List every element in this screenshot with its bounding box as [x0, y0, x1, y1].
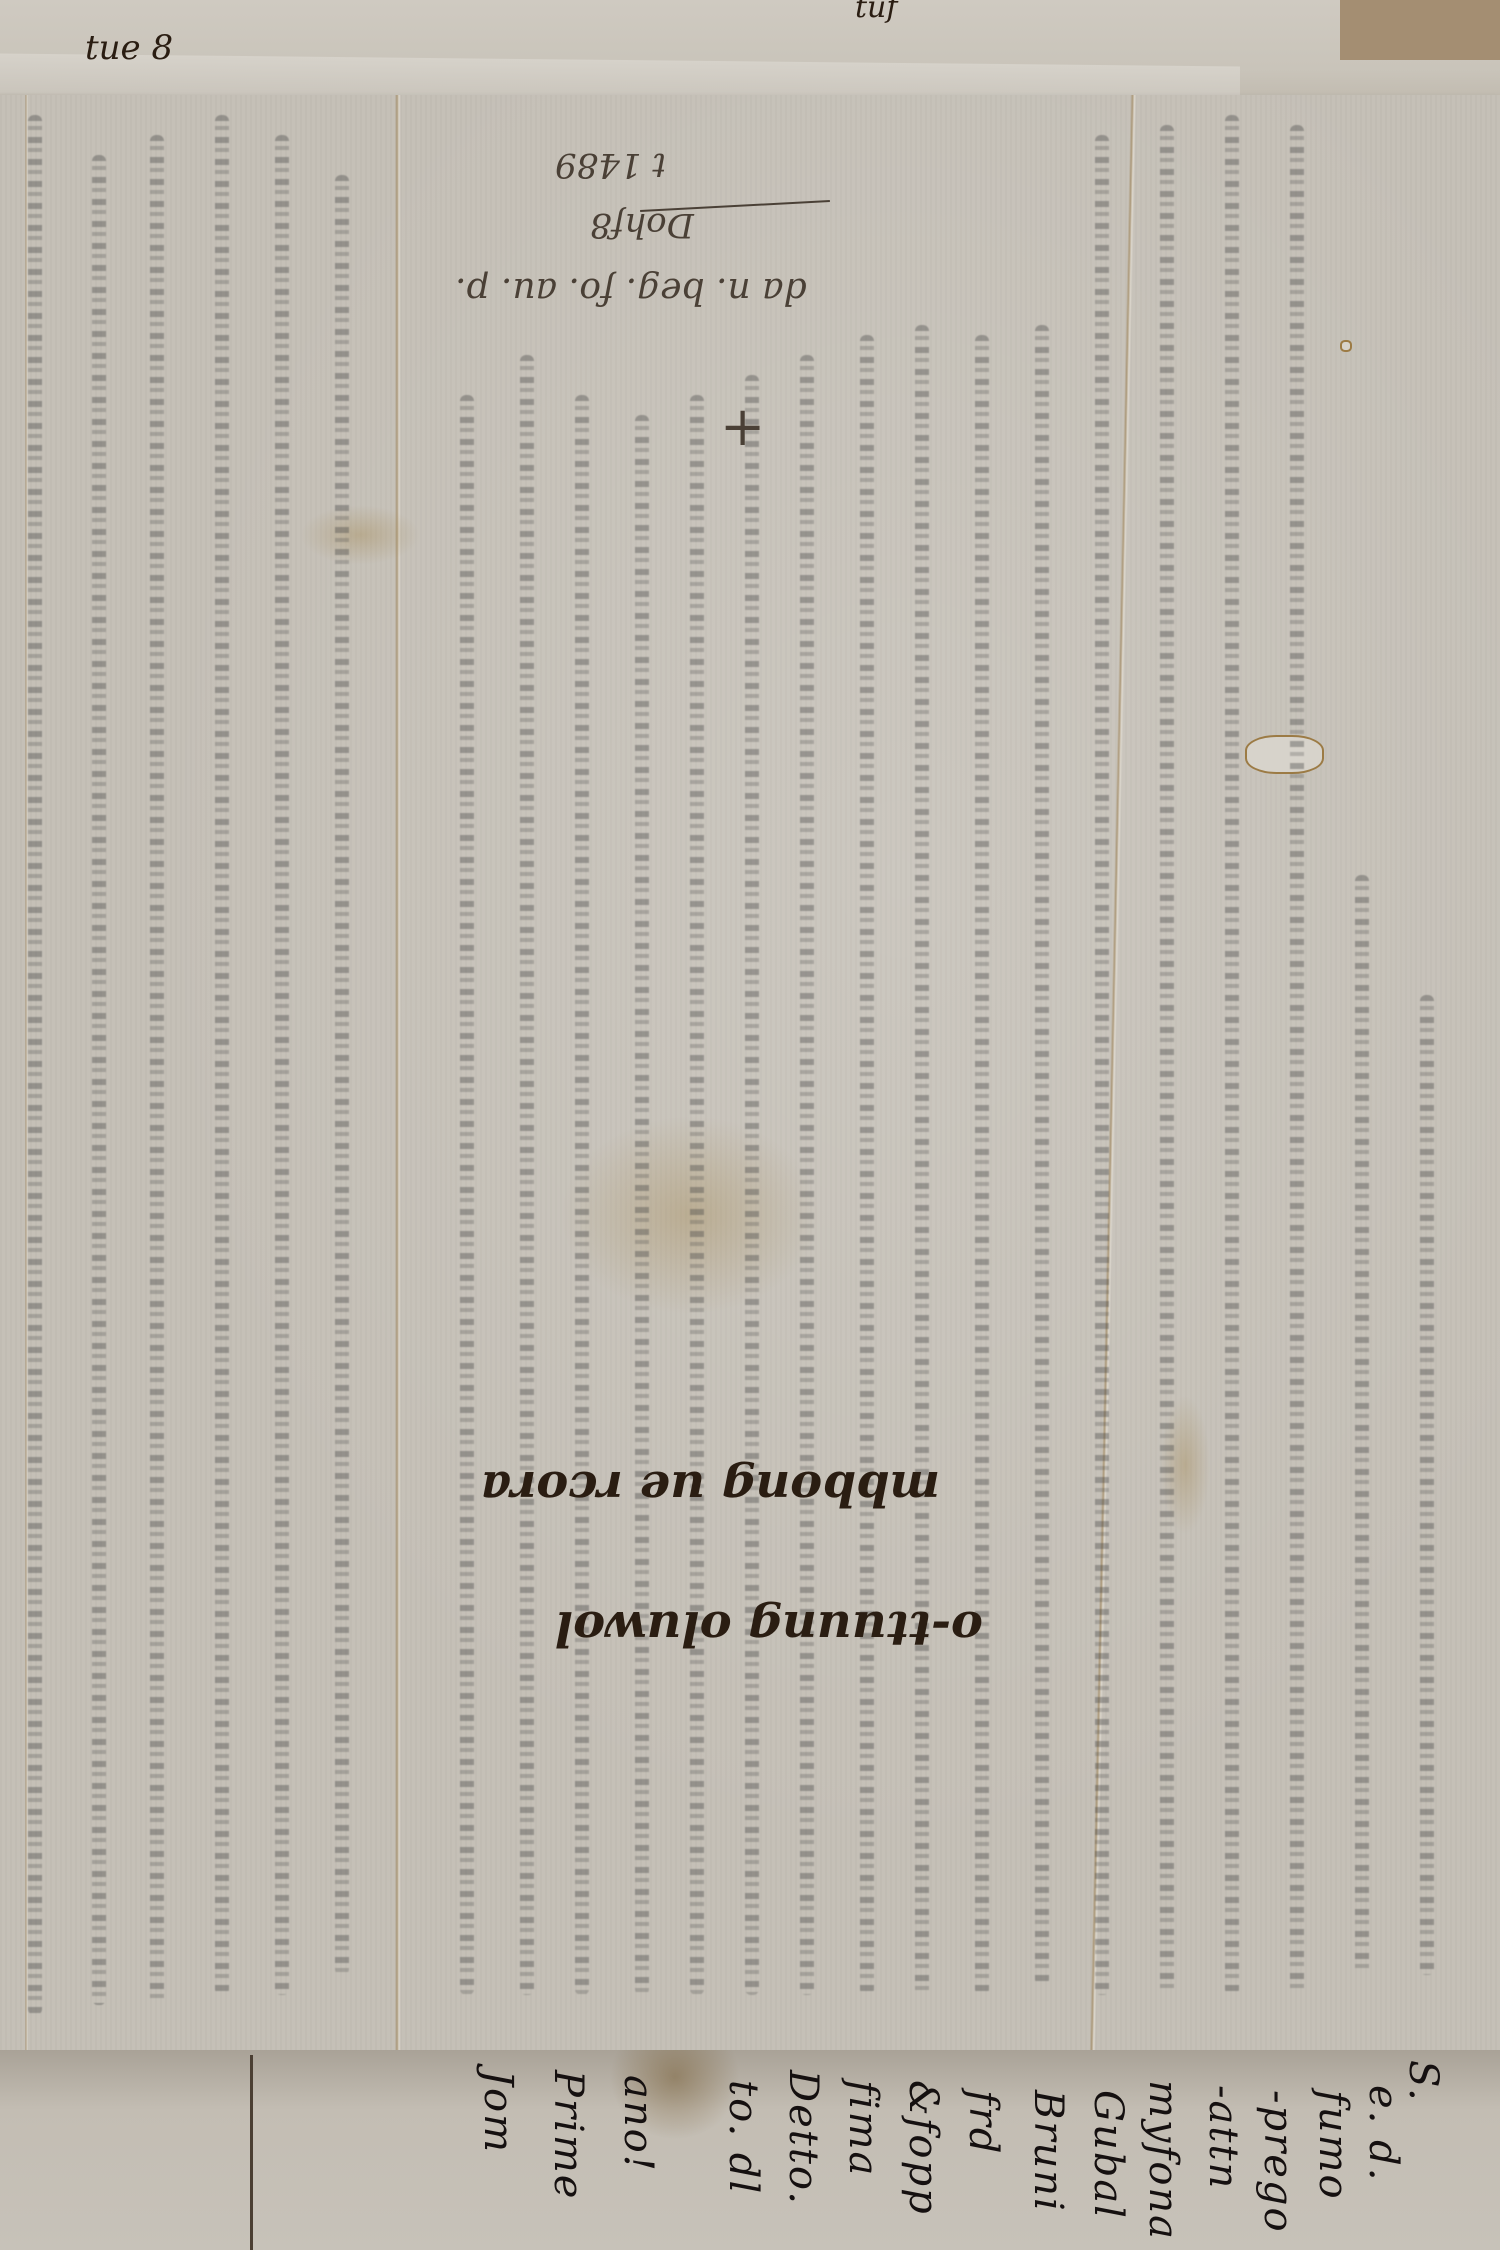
- sideways-text: myfona: [1140, 2080, 1186, 2241]
- sideways-text: Detto.: [780, 2070, 826, 2206]
- sideways-text: S.: [1400, 2060, 1446, 2103]
- sideways-text: Gubal: [1085, 2090, 1131, 2220]
- sideways-text: fumo: [1310, 2090, 1356, 2201]
- sideways-text: Prime: [545, 2070, 591, 2200]
- top-center-annotation: tuf: [855, 0, 897, 25]
- paper-hole: [1245, 735, 1324, 774]
- cross-mark: +: [720, 395, 765, 458]
- sideways-text: e. d.: [1360, 2085, 1406, 2182]
- sideways-text: Bruni: [1025, 2090, 1071, 2213]
- address-line-2: o-ttuung oluwol: [555, 1600, 983, 1656]
- background-table-surface: [1340, 0, 1500, 60]
- sideways-text: -attn: [1200, 2085, 1246, 2190]
- vertical-fold-line: [395, 95, 401, 2055]
- docket-sender: da n. beg. fo. au. p.: [455, 270, 807, 311]
- top-left-annotation: tue 8: [85, 28, 173, 68]
- sideways-text: fima: [840, 2080, 886, 2177]
- sideways-text: &fopp: [900, 2080, 946, 2216]
- paper-hole: [1340, 340, 1352, 352]
- sideways-text: Jom: [475, 2070, 521, 2154]
- docket-date: t 1489: [555, 145, 666, 185]
- water-stain: [300, 505, 420, 565]
- letter-main-sheet: t 1489 Dohf8 da n. beg. fo. au. p. + mbb…: [0, 95, 1500, 2055]
- sideways-text: ano!: [615, 2075, 661, 2173]
- vertical-fold-line: [250, 2055, 253, 2250]
- address-line-1: mbbong ue rcora: [480, 1460, 940, 1516]
- sideways-text: -prego: [1255, 2090, 1301, 2234]
- sideways-text: to. dl: [720, 2080, 766, 2195]
- sideways-text: frd: [960, 2090, 1006, 2156]
